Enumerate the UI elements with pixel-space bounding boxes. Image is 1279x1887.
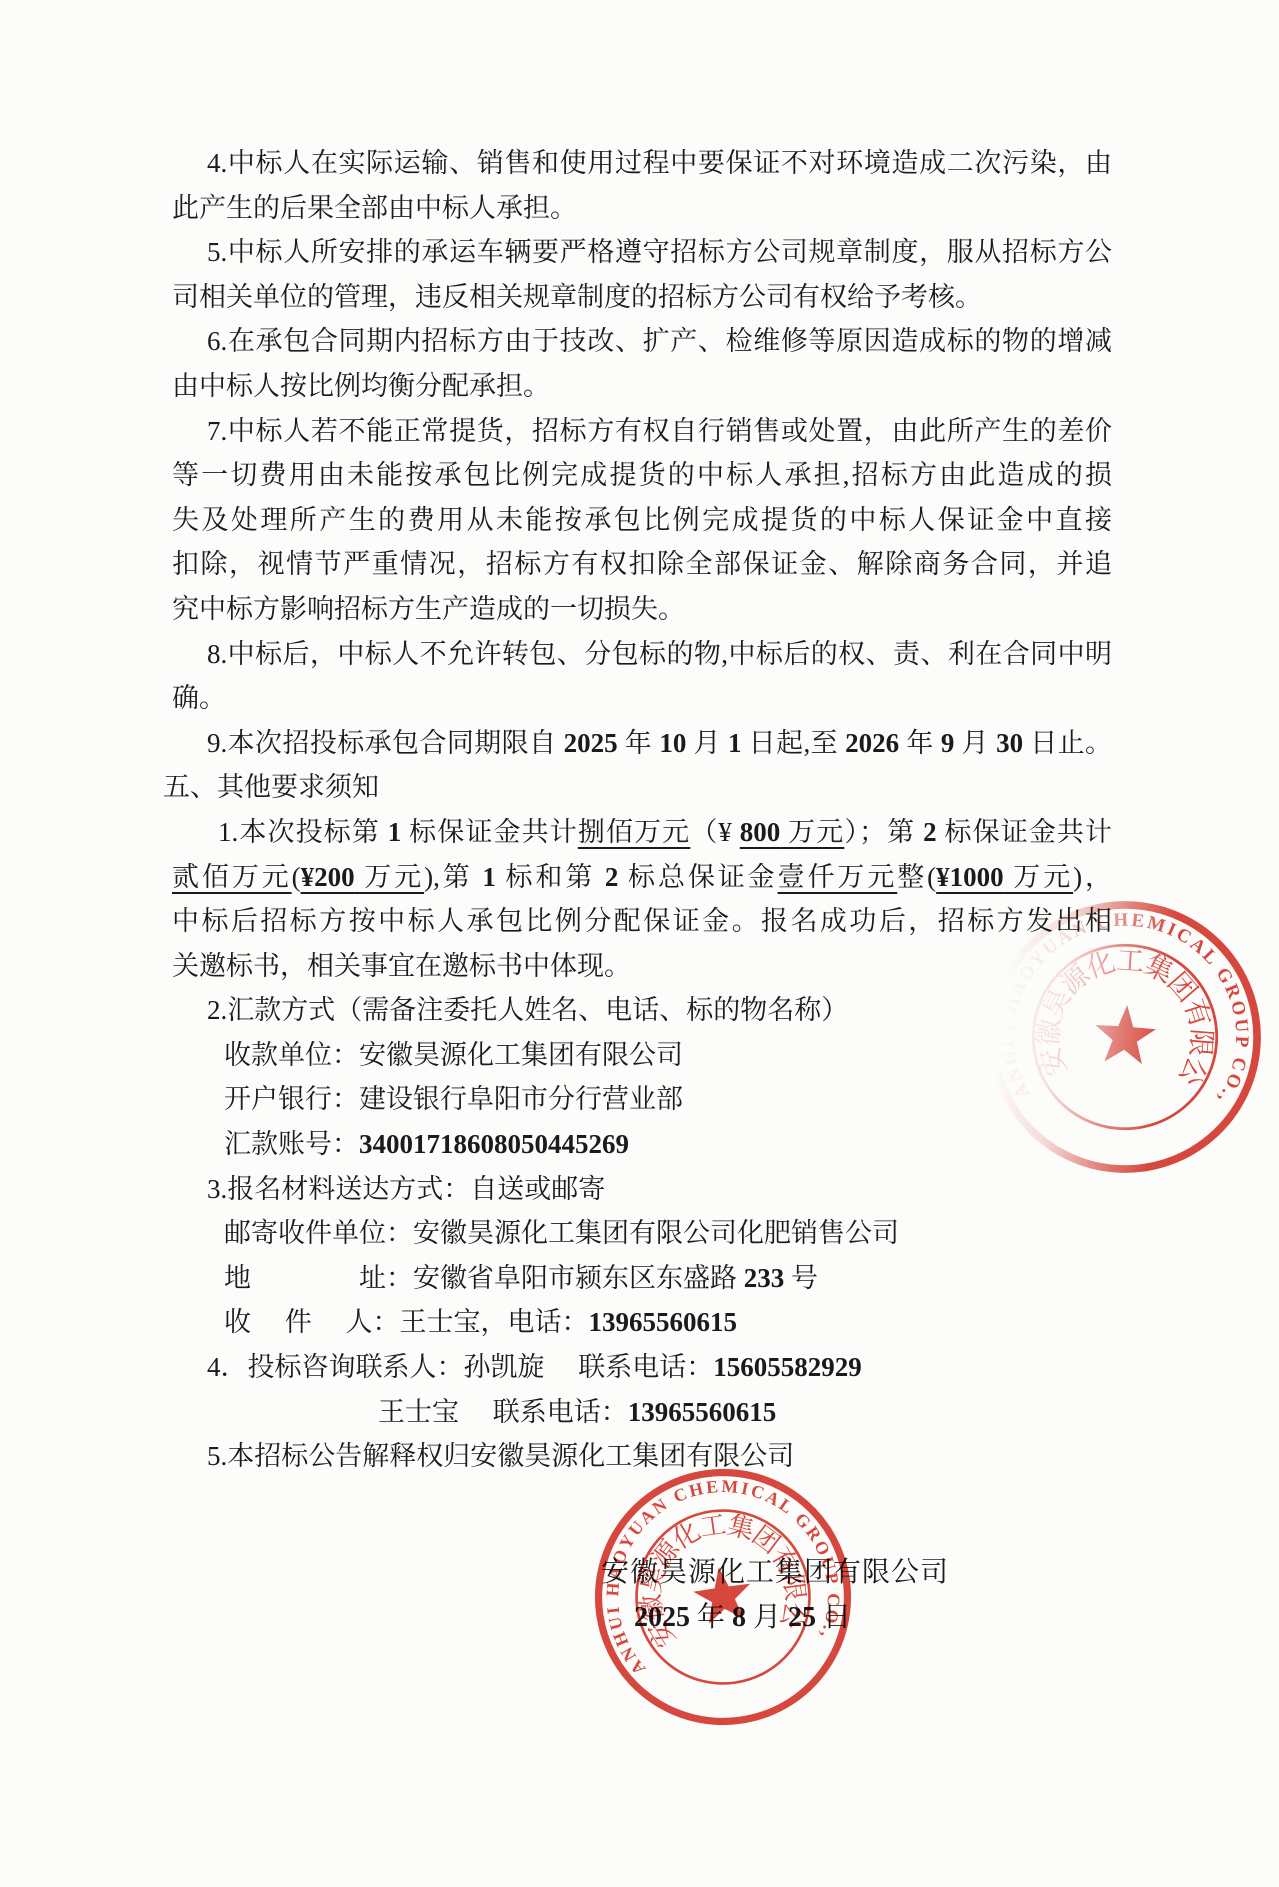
doc-line: 中标后招标方按中标人承包比例分配保证金。报名成功后，招标方发出相	[172, 899, 1112, 944]
doc-line: 9.本次招投标承包合同期限自 2025 年 10 月 1 日起,至 2026 年…	[207, 721, 1112, 766]
doc-line: 7.中标人若不能正常提货，招标方有权自行销售或处置，由此所产生的差价	[207, 409, 1112, 454]
doc-line: 失及处理所产生的费用从未能按承包比例完成提货的中标人保证金中直接	[172, 498, 1112, 543]
doc-line: 五、其他要求须知	[163, 765, 1112, 810]
doc-line: 王士宝 联系电话：13965560615	[378, 1390, 1112, 1435]
seal-star-icon	[690, 1563, 754, 1625]
doc-line: 究中标方影响招标方生产造成的一切损失。	[172, 587, 1112, 632]
company-seal-bottom: ANHUI HAOYUAN CHEMICAL GROUP CO., LTD.安徽…	[592, 1466, 854, 1728]
doc-line: 收款单位：安徽昊源化工集团有限公司	[224, 1033, 1112, 1078]
doc-line: 司相关单位的管理，违反相关规章制度的招标方公司有权给予考核。	[172, 275, 1112, 320]
doc-line: 5.中标人所安排的承运车辆要严格遵守招标方公司规章制度，服从招标方公	[207, 230, 1112, 275]
seal-graphic: ANHUI HAOYUAN CHEMICAL GROUP CO., LTD.安徽…	[977, 889, 1274, 1186]
doc-line: 地 址：安徽省阜阳市颍东区东盛路 233 号	[224, 1256, 1112, 1301]
doc-line: 2.汇款方式（需备注委托人姓名、电话、标的物名称）	[207, 988, 1112, 1033]
seal-star-icon	[1093, 1003, 1158, 1065]
document-body: 4.中标人在实际运输、销售和使用过程中要保证不对环境造成二次污染，由此产生的后果…	[0, 0, 1279, 1479]
doc-line: 贰佰万元(¥200 万元),第 1 标和第 2 标总保证金壹仟万元整(¥1000…	[172, 855, 1112, 900]
document-page: 4.中标人在实际运输、销售和使用过程中要保证不对环境造成二次污染，由此产生的后果…	[0, 0, 1279, 1887]
doc-line: 关邀标书，相关事宜在邀标书中体现。	[172, 944, 1112, 989]
doc-line: 等一切费用由未能按承包比例完成提货的中标人承担,招标方由此造成的损	[172, 453, 1112, 498]
doc-line: 汇款账号：34001718608050445269	[224, 1122, 1112, 1167]
doc-line: 4.中标人在实际运输、销售和使用过程中要保证不对环境造成二次污染，由	[207, 141, 1112, 186]
doc-line: 4．投标咨询联系人：孙凯旋 联系电话：15605582929	[207, 1345, 1112, 1390]
doc-line: 邮寄收件单位：安徽昊源化工集团有限公司化肥销售公司	[224, 1211, 1112, 1256]
doc-line: 扣除，视情节严重情况，招标方有权扣除全部保证金、解除商务合同，并追	[172, 542, 1112, 587]
doc-line: 3.报名材料送达方式：自送或邮寄	[207, 1167, 1112, 1212]
doc-line: 8.中标后，中标人不允许转包、分包标的物,中标后的权、责、利在合同中明	[207, 632, 1112, 677]
doc-line: 此产生的后果全部由中标人承担。	[172, 186, 1112, 231]
doc-line: 收 件 人：王士宝，电话：13965560615	[224, 1300, 1112, 1345]
doc-line: 开户银行：建设银行阜阳市分行营业部	[224, 1077, 1112, 1122]
doc-line: 1.本次投标第 1 标保证金共计捌佰万元（¥ 800 万元）；第 2 标保证金共…	[218, 810, 1112, 855]
doc-line: 确。	[172, 676, 1112, 721]
doc-line: 6.在承包合同期内招标方由于技改、扩产、检维修等原因造成标的物的增减	[207, 319, 1112, 364]
company-seal-right: ANHUI HAOYUAN CHEMICAL GROUP CO., LTD.安徽…	[986, 898, 1264, 1176]
seal-graphic: ANHUI HAOYUAN CHEMICAL GROUP CO., LTD.安徽…	[575, 1449, 871, 1745]
doc-line: 由中标人按比例均衡分配承担。	[172, 364, 1112, 409]
